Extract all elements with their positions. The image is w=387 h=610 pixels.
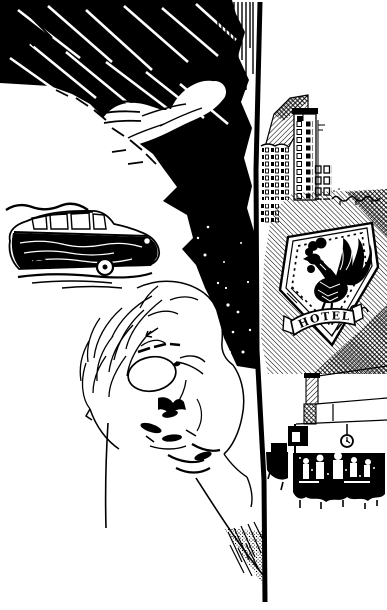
bush-scribble: [6, 204, 88, 210]
illustration-canvas: HOTEL: [0, 0, 387, 610]
sign-box-window: [292, 432, 300, 442]
tower-windows: [296, 120, 313, 200]
car-headlight: [144, 238, 151, 245]
chimney-dark: [304, 404, 316, 424]
chimney-hatched: [306, 377, 318, 404]
book-illustration-page: HOTEL: [0, 0, 387, 610]
chimney-cap: [304, 373, 320, 378]
hotel-sign: HOTEL: [261, 189, 387, 374]
tower-cap: [292, 108, 318, 114]
car-shadow: [18, 273, 152, 288]
vintage-car: [6, 204, 159, 288]
car-lower-shading: [12, 233, 158, 269]
street-scene: [266, 366, 387, 509]
jaw-shading: [146, 399, 220, 473]
mouth: [139, 421, 186, 449]
car-hubcap: [103, 265, 108, 270]
nose: [158, 380, 186, 419]
hair-strokes: [80, 286, 198, 409]
street-clock: [341, 424, 353, 447]
tower-flag: [297, 116, 303, 121]
dark-storefront: [266, 452, 385, 509]
eyebrow-dashes: [138, 344, 180, 352]
glasses: [125, 353, 205, 395]
